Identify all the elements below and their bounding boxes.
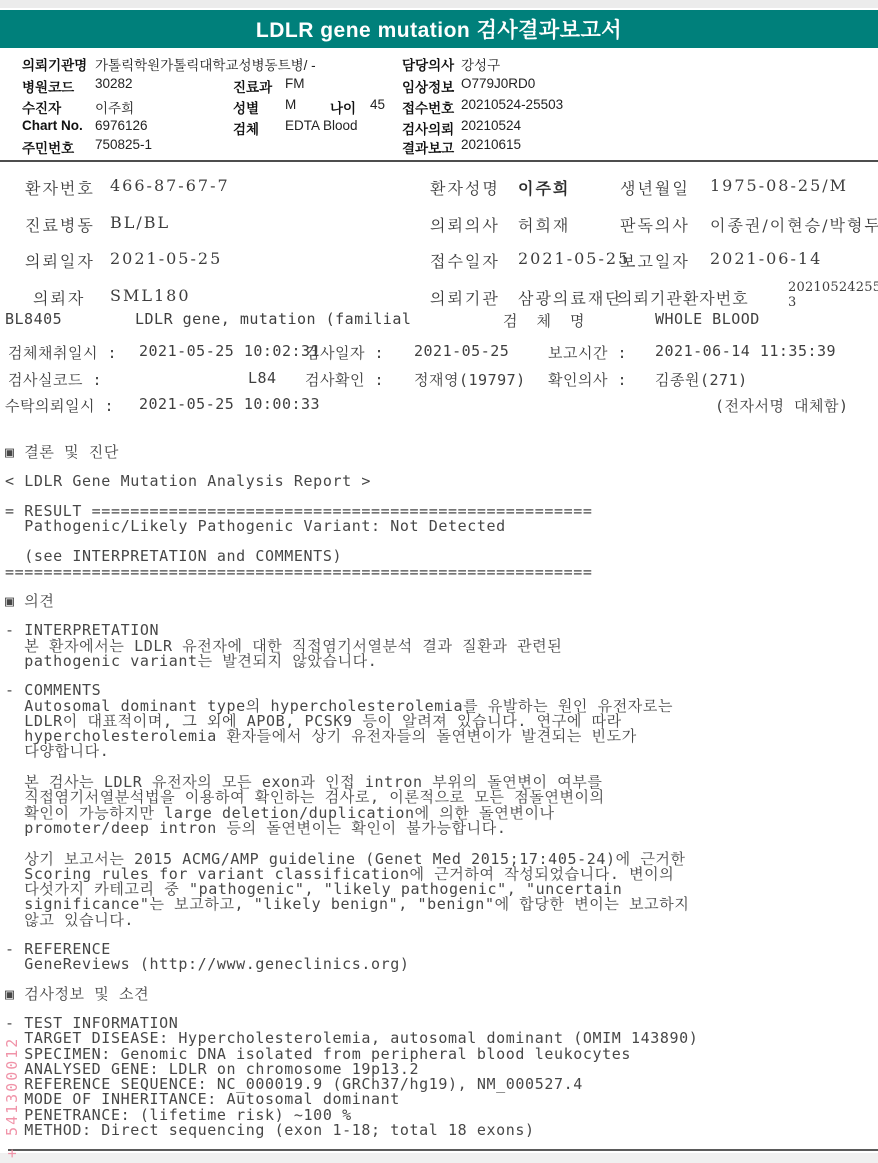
report-title-bar: LDLR gene mutation 검사결과보고서 bbox=[0, 10, 878, 48]
table-row: 환자번호 466-87-67-7 환자성명 이주희 생년월일 1975-08-2… bbox=[0, 176, 878, 198]
resident-no-value: 750825-1 bbox=[95, 137, 152, 152]
test-header-line: BL8405 LDLR gene, mutation (familial 검 체… bbox=[0, 310, 878, 330]
patient-no-value: 466-87-67-7 bbox=[110, 176, 230, 195]
birth-label: 생년월일 bbox=[620, 176, 690, 199]
section-title-testinfo: ▣ 검사정보 및 소견 bbox=[5, 987, 873, 1002]
receipt-no-value: 20210524-25503 bbox=[461, 97, 563, 112]
result-block: = RESULT ===============================… bbox=[5, 504, 873, 580]
specimen-number-stamp: + 541300012 bbox=[3, 988, 21, 1158]
patient-label: 수진자 bbox=[22, 97, 61, 117]
report-date2-label: 보고일자 bbox=[620, 249, 690, 272]
recv-date-label: 접수일자 bbox=[430, 249, 500, 272]
chart-no-value: 6976126 bbox=[95, 118, 148, 133]
req-org-value: 삼광의료재단 bbox=[518, 286, 623, 309]
lab-code-label: 검사실코드 : bbox=[8, 369, 102, 390]
hospital-code-label: 병원코드 bbox=[22, 76, 74, 96]
req-doctor-label: 의뢰의사 bbox=[430, 213, 500, 236]
comments-block: - COMMENTS Autosomal dominant type의 hype… bbox=[5, 683, 873, 928]
patient-name-label: 환자성명 bbox=[430, 176, 500, 199]
test-line: 검사실코드 : L84 검사확인 : 정재영(19797) 확인의사 : 김종원… bbox=[0, 369, 878, 389]
entrust-value: 2021-05-25 10:00:33 bbox=[139, 395, 320, 413]
test-name: LDLR gene, mutation (familial bbox=[135, 310, 411, 328]
reading-doctor-value: 이종권/이현승/박형두 bbox=[710, 213, 878, 236]
page-top-edge bbox=[0, 0, 878, 8]
req-date-label: 의뢰일자 bbox=[25, 249, 95, 272]
reading-doctor-label: 판독의사 bbox=[620, 213, 690, 236]
patient-no-label: 환자번호 bbox=[25, 176, 95, 199]
ward-value: BL/BL bbox=[110, 213, 170, 232]
interpretation-block: - INTERPRETATION 본 환자에서는 LDLR 유전자에 대한 직접… bbox=[5, 623, 873, 669]
test-date-label: 검사일자 : bbox=[305, 342, 384, 363]
section-title-opinion: ▣ 의견 bbox=[5, 594, 873, 609]
requester-value: SML180 bbox=[110, 286, 191, 305]
doctor-label: 담당의사 bbox=[402, 54, 454, 74]
req-org-label: 의뢰기관 bbox=[430, 286, 500, 309]
header-divider bbox=[0, 160, 878, 162]
chart-no-label: Chart No. bbox=[22, 118, 83, 133]
report-title: LDLR gene mutation 검사결과보고서 bbox=[256, 14, 622, 44]
report-date-value: 20210615 bbox=[461, 137, 521, 152]
org-patient-no-label: 의뢰기관환자번호 bbox=[617, 286, 749, 309]
testinfo-block: - TEST INFORMATION TARGET DISEASE: Hyper… bbox=[5, 1016, 873, 1138]
request-date-value: 20210524 bbox=[461, 118, 521, 133]
age-value: 45 bbox=[370, 97, 385, 112]
lab-code-value: L84 bbox=[248, 369, 277, 387]
patient-info-table: 환자번호 466-87-67-7 환자성명 이주희 생년월일 1975-08-2… bbox=[0, 168, 878, 310]
specimen-type-label: 검체 bbox=[233, 118, 259, 138]
confirm-doctor-value: 김종원(271) bbox=[655, 369, 748, 390]
req-date-value: 2021-05-25 bbox=[110, 249, 222, 268]
clinical-info-value: O779J0RD0 bbox=[461, 76, 535, 91]
test-detail-block: BL8405 LDLR gene, mutation (familial 검 체… bbox=[0, 308, 878, 428]
hospital-code-value: 30282 bbox=[95, 76, 133, 91]
org-patient-no-value: 2021052425503 bbox=[788, 280, 878, 310]
specimen-type-value: EDTA Blood bbox=[285, 118, 358, 133]
report-date2-value: 2021-06-14 bbox=[710, 249, 822, 268]
test-code: BL8405 bbox=[5, 310, 62, 328]
patient-value: 이주희 bbox=[95, 97, 134, 117]
tech-confirm-value: 정재영(19797) bbox=[414, 369, 526, 390]
tech-confirm-label: 검사확인 : bbox=[305, 369, 384, 390]
department-label: 진료과 bbox=[233, 76, 272, 96]
ward-label: 진료병동 bbox=[25, 213, 95, 236]
doctor-value: 강성구 bbox=[461, 54, 500, 74]
reference-block: - REFERENCE GeneReviews (http://www.gene… bbox=[5, 942, 873, 973]
receipt-no-label: 접수번호 bbox=[402, 97, 454, 117]
collected-label: 검체채취일시 : bbox=[8, 342, 117, 363]
entrust-label: 수탁의뢰일시 : bbox=[5, 395, 114, 416]
recv-date-value: 2021-05-25 bbox=[518, 249, 630, 268]
order-row: 의뢰기관명 가톨릭학원가톨릭대학교성병동트병/ - 담당의사 강성구 bbox=[0, 54, 878, 74]
esign-note: (전자서명 대체함) bbox=[715, 395, 849, 416]
report-body: ▣ 결론 및 진단 < LDLR Gene Mutation Analysis … bbox=[5, 445, 873, 1138]
confirm-doctor-label: 확인의사 : bbox=[548, 369, 627, 390]
sex-value: M bbox=[285, 97, 296, 112]
institution-label: 의뢰기관명 bbox=[22, 54, 87, 74]
section-title-conclusion: ▣ 결론 및 진단 bbox=[5, 445, 873, 460]
resident-no-label: 주민번호 bbox=[22, 137, 74, 157]
report-page: LDLR gene mutation 검사결과보고서 의뢰기관명 가톨릭학원가톨… bbox=[0, 0, 878, 1163]
req-doctor-value: 허희재 bbox=[518, 213, 570, 236]
birth-value: 1975-08-25/M bbox=[710, 176, 848, 195]
clinical-info-label: 임상정보 bbox=[402, 76, 454, 96]
table-row: 의뢰일자 2021-05-25 접수일자 2021-05-25 보고일자 202… bbox=[0, 249, 878, 271]
department-value: FM bbox=[285, 76, 305, 91]
footer-divider bbox=[8, 1149, 878, 1151]
order-row: Chart No. 6976126 검체 EDTA Blood 검사의뢰 202… bbox=[0, 118, 878, 138]
test-line: 검체채취일시 : 2021-05-25 10:02:31 검사일자 : 2021… bbox=[0, 342, 878, 362]
table-row: 의뢰자 SML180 의뢰기관 삼광의료재단 의뢰기관환자번호 20210524… bbox=[0, 286, 878, 308]
page-bottom-edge bbox=[0, 1153, 878, 1163]
specimen-name-value: WHOLE BLOOD bbox=[655, 310, 760, 328]
order-row: 수진자 이주희 성별 M 나이 45 접수번호 20210524-25503 bbox=[0, 97, 878, 117]
table-row: 진료병동 BL/BL 의뢰의사 허희재 판독의사 이종권/이현승/박형두 bbox=[0, 213, 878, 235]
specimen-name-label: 검 체 명 bbox=[503, 310, 590, 331]
request-date-label: 검사의뢰 bbox=[402, 118, 454, 138]
patient-name-value: 이주희 bbox=[518, 176, 570, 199]
requester-label: 의뢰자 bbox=[33, 286, 85, 309]
test-line: 수탁의뢰일시 : 2021-05-25 10:00:33 (전자서명 대체함) bbox=[0, 395, 878, 415]
analysis-report-heading: < LDLR Gene Mutation Analysis Report > bbox=[5, 474, 873, 489]
report-time-label: 보고시간 : bbox=[548, 342, 627, 363]
institution-value: 가톨릭학원가톨릭대학교성병동트병/ - bbox=[95, 54, 316, 74]
report-time-value: 2021-06-14 11:35:39 bbox=[655, 342, 836, 360]
order-info-block: 의뢰기관명 가톨릭학원가톨릭대학교성병동트병/ - 담당의사 강성구 병원코드 … bbox=[0, 52, 878, 158]
test-date-value: 2021-05-25 bbox=[414, 342, 509, 360]
order-row: 병원코드 30282 진료과 FM 임상정보 O779J0RD0 bbox=[0, 76, 878, 96]
sex-label: 성별 bbox=[233, 97, 259, 117]
report-date-label: 결과보고 bbox=[402, 137, 454, 157]
collected-value: 2021-05-25 10:02:31 bbox=[139, 342, 320, 360]
order-row: 주민번호 750825-1 결과보고 20210615 bbox=[0, 137, 878, 157]
age-label: 나이 bbox=[330, 97, 356, 117]
